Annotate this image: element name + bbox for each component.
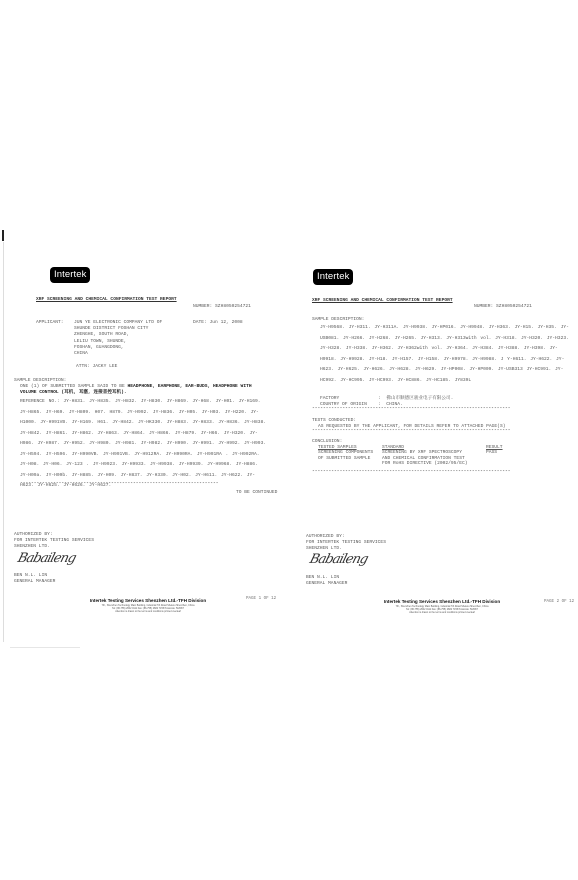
scan-edge-line (3, 242, 4, 642)
reference-numbers: REFERENCE NO.: JY-H831. JY-H835. JY-H832… (20, 397, 268, 492)
signer-name: BEN N.L. LIN GENERAL MANAGER (14, 573, 55, 585)
tested-samples-cell: SCREENING COMPONENTS OF SUBMITTED SAMPLE (318, 450, 382, 466)
page-number: PAGE 2 OF 12 (544, 600, 574, 604)
attention-line: ATTN: JACKY LEE (76, 364, 117, 370)
separator-stars: ****************************************… (312, 429, 574, 435)
sample-description-intro: ONE (1) OF SUBMITTED SAMPLE SAID TO BE (20, 384, 125, 389)
result-cell: PASS (486, 450, 507, 466)
reference-numbers: JY-H9568. JY-H311. JY-H311A. JY-H9938. J… (320, 323, 570, 386)
report-date: DATE: Jun 12, 2008 (193, 320, 243, 326)
signature: Babaileng (308, 552, 369, 567)
signature: Babaileng (16, 551, 77, 566)
authorized-by: AUTHORIZED BY: FOR INTERTEK TESTING SERV… (306, 534, 386, 553)
signer-name: BEN N.L. LIN GENERAL MANAGER (306, 575, 347, 587)
conclusion-row: SCREENING COMPONENTS OF SUBMITTED SAMPLE… (318, 450, 507, 466)
separator-stars: ****************************************… (312, 470, 574, 476)
continued-note: TO BE CONTINUED (236, 490, 277, 496)
page-number: PAGE 1 OF 12 (246, 597, 276, 601)
footer-terms: Attention is drawn to the terms and cond… (48, 610, 248, 613)
applicant-address: JUN YE ELECTRONIC COMPANY LTD OF SHUNDE … (74, 320, 162, 357)
intertek-logo: Intertek (50, 267, 90, 283)
applicant-label: APPLICANT: (36, 320, 64, 326)
report-number: NUMBER: SZH8050254721 (193, 304, 251, 310)
authorized-by: AUTHORIZED BY: FOR INTERTEK TESTING SERV… (14, 532, 94, 551)
footer-terms: Attention is drawn to the terms and cond… (342, 611, 542, 614)
report-page-2: Intertek XRF SCREENING AND CHEMICAL CONF… (296, 258, 576, 648)
scan-edge-mark (2, 230, 4, 241)
sample-description-chinese: (耳机, 耳塞, 连接音控耳机). (61, 390, 126, 395)
report-title: XRF SCREENING AND CHEMICAL CONFIRMATION … (36, 297, 177, 303)
separator-stars: ****************************************… (20, 482, 268, 488)
conclusion-table: TESTED SAMPLES STANDARD RESULT SCREENING… (318, 445, 507, 467)
separator-stars: ****************************************… (312, 407, 574, 413)
page-footer: Intertek Testing Services Shenzhen Ltd.-… (48, 598, 248, 613)
page-footer: Intertek Testing Services Shenzhen Ltd.-… (342, 599, 542, 614)
sample-description: ONE (1) OF SUBMITTED SAMPLE SAID TO BE H… (20, 384, 270, 396)
report-title: XRF SCREENING AND CHEMICAL CONFIRMATION … (312, 298, 453, 304)
standard-cell: SCREENING BY XRF SPECTROSCOPY AND CHEMIC… (382, 450, 486, 466)
report-number: NUMBER: SZH8050254721 (474, 304, 532, 310)
report-page-1: Intertek XRF SCREENING AND CHEMICAL CONF… (8, 258, 288, 648)
intertek-logo: Intertek (313, 269, 353, 285)
